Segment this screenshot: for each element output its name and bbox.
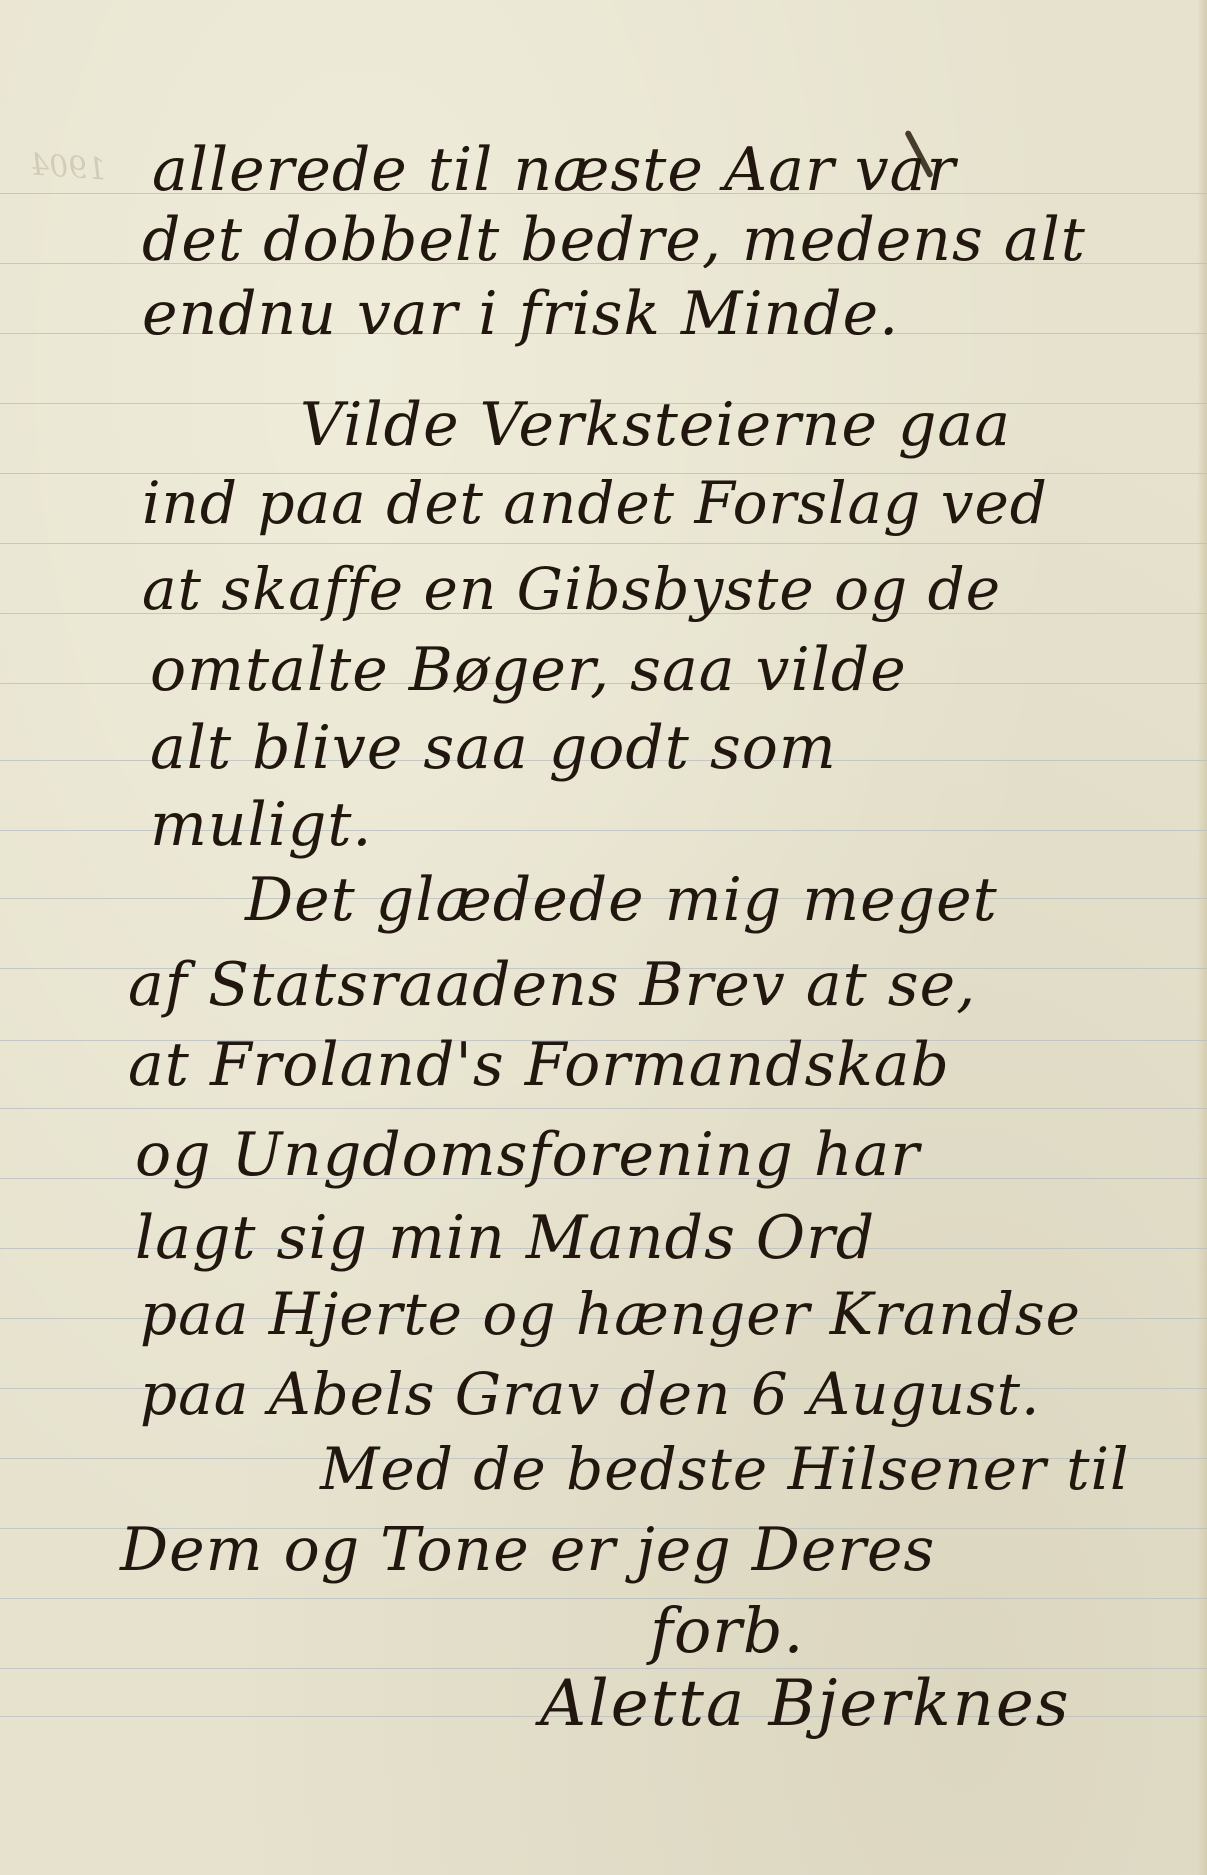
letter-line: af Statsraadens Brev at se, — [128, 955, 976, 1015]
letter-line: det dobbelt bedre, medens alt — [142, 210, 1086, 270]
letter-line: forb. — [650, 1600, 804, 1662]
letter-line: omtalte Bøger, saa vilde — [150, 640, 907, 700]
letter-line: alt blive saa godt som — [150, 718, 837, 778]
letter-line: Vilde Verksteiernе gaa — [300, 395, 1011, 455]
letter-line: endnu var i frisk Minde. — [142, 284, 899, 344]
letter-line: Dem og Tone er jeg Deres — [120, 1520, 935, 1580]
letter-line: ind paa det andet Forslag ved — [142, 474, 1048, 532]
letter-line: Med de bedste Hilsener til — [320, 1440, 1130, 1498]
letter-line: at skaffe en Gibsbyste og de — [142, 560, 1001, 618]
letter-line: lagt sig min Mands Ord — [135, 1208, 875, 1268]
letter-line: og Ungdomsforening har — [135, 1125, 920, 1185]
letter-line: at Froland's Formandskab — [128, 1035, 950, 1095]
letter-line: paa Abels Grav den 6 August. — [140, 1365, 1040, 1423]
letter-line: Det glædede mig meget — [245, 870, 998, 930]
letter-line: muligt. — [150, 795, 373, 855]
signature: Aletta Bjerknes — [540, 1672, 1071, 1736]
letter-line: paa Hjerte og hænger Krandse — [140, 1285, 1081, 1343]
letter-line: allerede til næste Aar var — [152, 140, 956, 200]
letter-body: allerede til næste Aar var det dobbelt b… — [0, 0, 1207, 1875]
